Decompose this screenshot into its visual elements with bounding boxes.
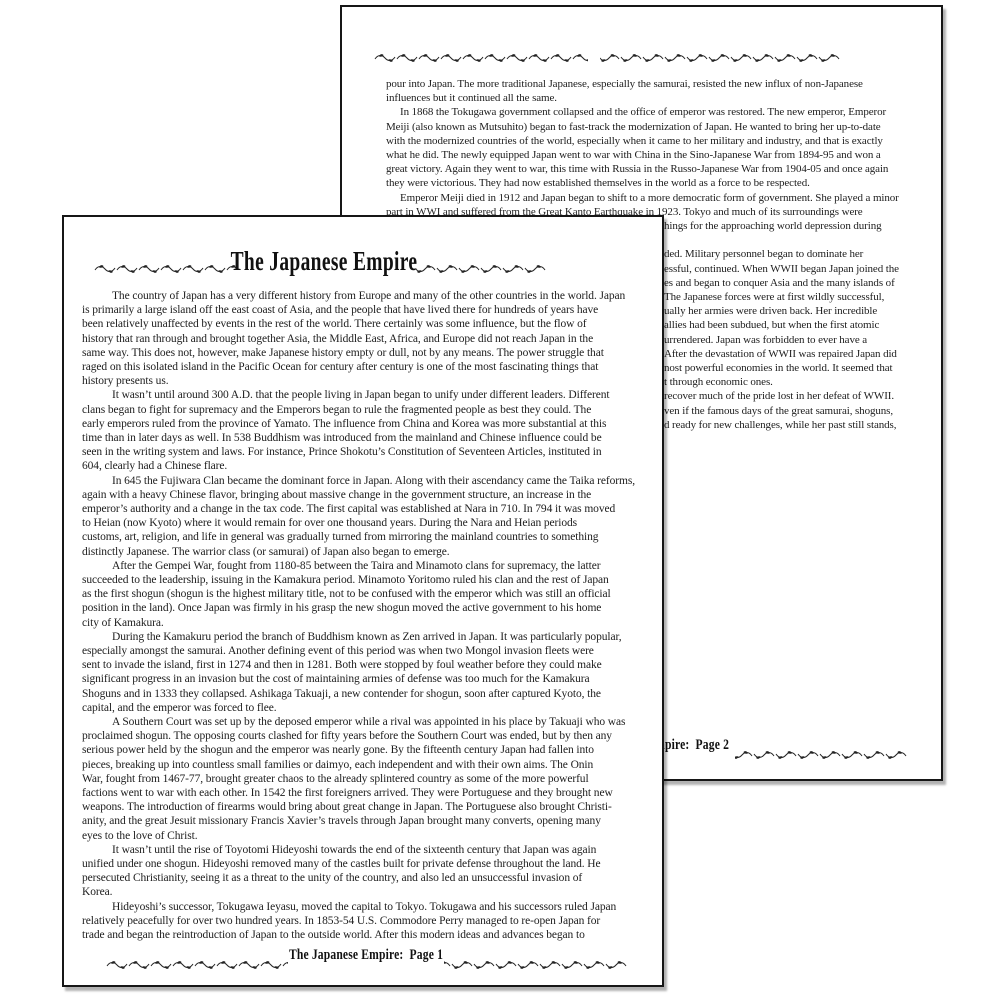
text-line: hings for the approaching world depressi…	[664, 219, 882, 233]
page-sheet-1: The Japanese Empire trade and began the …	[62, 215, 664, 987]
text-line: raged on this isolated island in the Pac…	[82, 360, 598, 374]
scroll-vine-ornament	[416, 261, 546, 271]
text-line: again with a heavy Chinese flavor, bring…	[82, 488, 591, 502]
text-line: Korea.	[82, 885, 112, 899]
text-line: proclaimed shogun. The opposing courts c…	[82, 729, 612, 743]
text-line: It wasn’t until the rise of Toyotomi Hid…	[112, 843, 596, 857]
text-line: been relatively unaffected by events in …	[82, 317, 587, 331]
text-line: they were victorious. They had now estab…	[386, 176, 810, 190]
text-line: early emperors ruled from the province o…	[82, 417, 606, 431]
scroll-vine-ornament	[735, 747, 907, 757]
text-line: urrendered. Japan was forbidden to ever …	[664, 333, 867, 347]
text-line: history presents us.	[82, 374, 168, 388]
text-line: A Southern Court was set up by the depos…	[112, 715, 625, 729]
text-line: position in the land). Once Japan was fi…	[82, 601, 601, 615]
text-line: emperor’s authority and a change in the …	[82, 502, 615, 516]
text-line: The country of Japan has a very differen…	[112, 289, 625, 303]
text-line: clans began to fight for supremacy and t…	[82, 403, 591, 417]
text-line: weapons. The introduction of firearms wo…	[82, 800, 612, 814]
text-line: especially amongst the samurai. Another …	[82, 644, 594, 658]
text-line: with the modernized countries of the wor…	[386, 134, 883, 148]
text-line: In 645 the Fujiwara Clan became the domi…	[112, 474, 635, 488]
text-line: d ready for new challenges, while her pa…	[664, 418, 896, 432]
text-line: It wasn’t until around 300 A.D. that the…	[112, 388, 609, 402]
text-line: is primarily a large island off the east…	[82, 303, 598, 317]
text-line: ually her armies were driven back. Her i…	[664, 304, 877, 318]
text-line: relatively peacefully for over two hundr…	[82, 914, 600, 928]
page1-title: The Japanese Empire	[194, 246, 453, 276]
text-line: Shoguns and in 1333 they collapsed. Ashi…	[82, 687, 601, 701]
text-line: es and began to conquer Asia and the man…	[664, 276, 895, 290]
text-line: influences but it continued all the same…	[386, 91, 557, 105]
text-line: After the devastation of WWII was repair…	[664, 347, 897, 361]
text-line: seen in the writing system and laws. For…	[82, 445, 601, 459]
text-line: ded. Military personnel began to dominat…	[664, 247, 863, 261]
text-line: city of Kamakura.	[82, 616, 164, 630]
text-line: Hideyoshi’s successor, Tokugawa Ieyasu, …	[112, 900, 616, 914]
text-line: ven if the famous days of the great samu…	[664, 404, 893, 418]
text-line: trade and began the reintroduction of Ja…	[82, 928, 585, 942]
text-line: nost powerful economies in the world. It…	[664, 361, 893, 375]
text-line: history that ran through and brought tog…	[82, 332, 593, 346]
scroll-vine-ornament	[374, 50, 588, 60]
text-line: factions went to war with each other. In…	[82, 786, 613, 800]
text-line: anity, and the great Jesuit missionary F…	[82, 814, 601, 828]
text-line: pour into Japan. The more traditional Ja…	[386, 77, 863, 91]
text-line: eyes to the love of Christ.	[82, 829, 197, 843]
text-line: serious power held by the shogun and the…	[82, 743, 594, 757]
scanned-pages-canvas: { "document": { "background": "#ffffff",…	[0, 0, 1000, 1000]
text-line: as the first shogun (shogun is the highe…	[82, 587, 611, 601]
text-line: During the Kamakuru period the branch of…	[112, 630, 622, 644]
text-line: In 1868 the Tokugawa government collapse…	[400, 105, 886, 119]
text-line: The Japanese forces were at first wildly…	[664, 290, 884, 304]
text-line: same way. This does not, however, make J…	[82, 346, 604, 360]
text-line: succeeded to the leadership, issuing in …	[82, 573, 609, 587]
text-line: distinctly Japanese. The warrior class (…	[82, 545, 450, 559]
text-line: pieces, breaking up into countless small…	[82, 758, 593, 772]
text-line: essful, continued. When WWII began Japan…	[664, 262, 899, 276]
scroll-vine-ornament	[600, 50, 840, 60]
text-line: what he did. The newly equipped Japan we…	[386, 148, 881, 162]
text-line: unified under one shogun. Hideyoshi remo…	[82, 857, 601, 871]
text-line: time than in later days as well. In 538 …	[82, 431, 602, 445]
scroll-vine-ornament	[444, 957, 627, 967]
text-line: War, fought from 1467-77, brought greate…	[82, 772, 589, 786]
text-line: After the Gempei War, fought from 1180-8…	[112, 559, 600, 573]
text-line: customs, art, religion, and life in gene…	[82, 530, 598, 544]
text-line: capital, and the emperor was forced to f…	[82, 701, 277, 715]
text-line: to Heian (now Kyoto) where it would rema…	[82, 516, 577, 530]
text-line: t through economic ones.	[664, 375, 773, 389]
text-line: sent to invade the island, first in 1274…	[82, 658, 602, 672]
text-line: recover much of the pride lost in her de…	[664, 389, 894, 403]
text-line: allies had been subdued, but when the fi…	[664, 318, 879, 332]
text-line: Emperor Meiji died in 1912 and Japan beg…	[400, 191, 899, 205]
text-line: significant progress in an invasion but …	[82, 672, 590, 686]
text-line: persecuted Christianity, seeing it as a …	[82, 871, 582, 885]
text-line: Meiji (also known as Mutsuhito) began to…	[386, 120, 881, 134]
text-line: great victory. Again they went to war, t…	[386, 162, 888, 176]
text-line: 604, clearly had a Chinese flare.	[82, 459, 227, 473]
